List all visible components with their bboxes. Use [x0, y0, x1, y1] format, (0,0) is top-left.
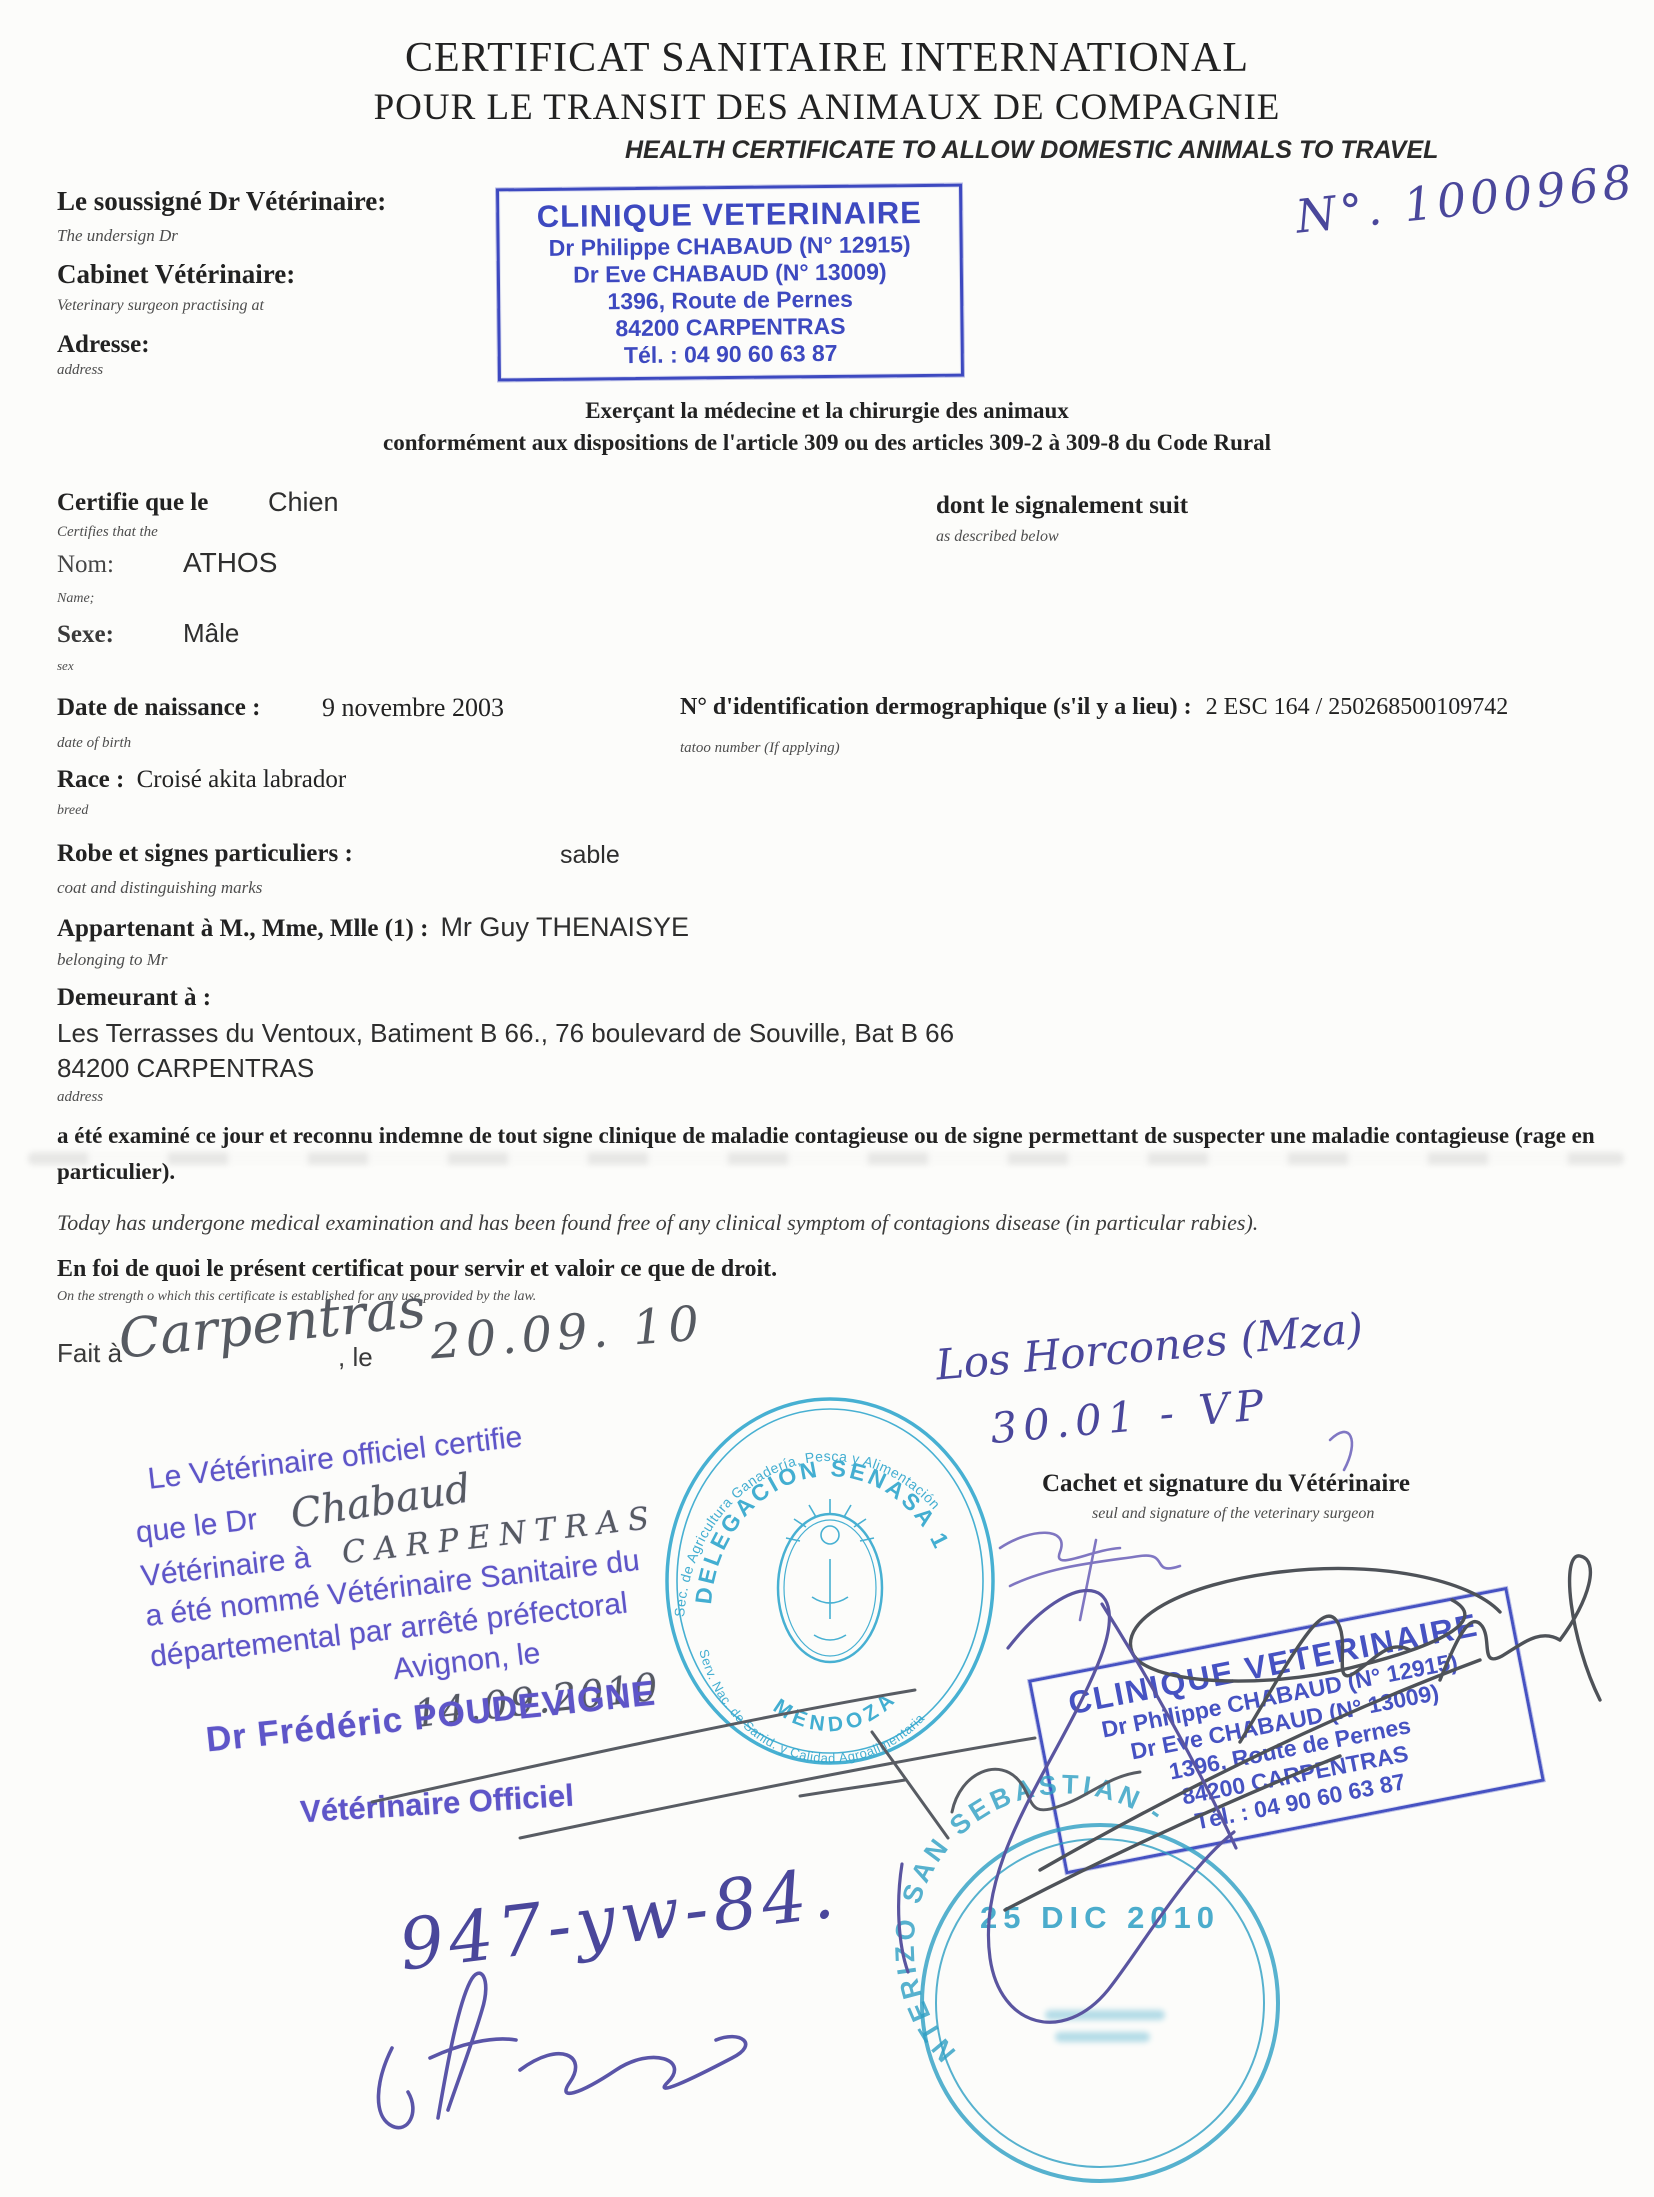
svg-text:MENDOZA: MENDOZA	[769, 1686, 902, 1737]
owner-value: Mr Guy THENAISYE	[440, 912, 689, 942]
label-description-en: as described below	[936, 528, 1059, 546]
label-address-en: address	[57, 362, 103, 379]
label-breed: Race :	[57, 766, 124, 793]
page-subtitle-english: HEALTH CERTIFICATE TO ALLOW DOMESTIC ANI…	[625, 136, 1438, 165]
label-tattoo-id-en: tatoo number (If applying)	[680, 740, 840, 757]
residence-line2: 84200 CARPENTRAS	[57, 1053, 314, 1084]
page-subtitle: POUR LE TRANSIT DES ANIMAUX DE COMPAGNIE	[0, 86, 1654, 129]
official-stamp-line2: que le Dr	[134, 1502, 259, 1549]
practice-statement-2: conformément aux dispositions de l'artic…	[0, 430, 1654, 456]
label-sex: Sexe:	[57, 621, 114, 649]
pen-scribble-annotation	[1000, 1432, 1352, 1620]
official-vet-title-stamp: Vétérinaire Officiel	[299, 1778, 575, 1831]
label-cabinet: Cabinet Vétérinaire:	[57, 259, 295, 290]
destination-note-line1: Los Horcones (Mza)	[934, 1303, 1365, 1389]
label-birthdate-en: date of birth	[57, 735, 131, 752]
name-value: ATHOS	[183, 547, 277, 579]
coat-value: sable	[560, 841, 620, 870]
label-certifies: Certifie que le	[57, 489, 208, 517]
label-undersigned: Le soussigné Dr Vétérinaire:	[57, 186, 386, 217]
label-coat: Robe et signes particuliers :	[57, 840, 353, 868]
destination-note-line2: 30.01 - VP	[988, 1380, 1271, 1453]
label-cabinet-en: Veterinary surgeon practising at	[57, 297, 264, 315]
label-birthdate: Date de naissance :	[57, 694, 260, 722]
senasa-oval-stamp: Sec. de Agricultura Ganadería, Pesca y A…	[652, 1383, 1008, 1779]
label-seal-signature: Cachet et signature du Vétérinaire	[1042, 1470, 1410, 1498]
label-undersigned-en: The undersign Dr	[57, 226, 178, 246]
birthdate-value: 9 novembre 2003	[322, 693, 504, 723]
label-residence-en: address	[57, 1089, 103, 1106]
plate-number-handwritten: 947-yw-84.	[395, 1851, 843, 1986]
clinic-stamp-name: CLINIQUE VETERINAIRE	[503, 195, 955, 235]
label-breed-en: breed	[57, 803, 88, 819]
label-seal-signature-en: seul and signature of the veterinary sur…	[1092, 1505, 1374, 1523]
page-title: CERTIFICAT SANITAIRE INTERNATIONAL	[0, 34, 1654, 82]
label-owner: Appartenant à M., Mme, Mlle (1) :	[57, 915, 428, 942]
residence-line1: Les Terrasses du Ventoux, Batiment B 66.…	[57, 1018, 954, 1049]
sex-value: Mâle	[183, 618, 239, 649]
label-sex-en: sex	[57, 658, 74, 674]
border-stamp-date: 25 DIC 2010	[980, 1900, 1220, 1935]
owner-signature	[378, 1973, 745, 2128]
scan-smear-line	[28, 1152, 1624, 1165]
label-name: Nom:	[57, 551, 114, 579]
breed-value: Croisé akita labrador	[137, 766, 347, 793]
label-owner-en: belonging to Mr	[57, 950, 168, 970]
clinic-stamp-phone: Tél. : 04 90 60 63 87	[505, 339, 957, 371]
label-made-at: Fait à	[57, 1338, 122, 1369]
label-description: dont le signalement suit	[936, 492, 1188, 520]
label-name-en: Name;	[57, 591, 94, 607]
border-control-round-stamp: 25 DIC 2010 NTERIZO SAN SEBASTIAN -	[905, 1810, 1295, 2197]
clinic-stamp-vet1: Dr Philippe CHABAUD (N° 12915)	[503, 230, 955, 262]
label-certifies-en: Certifies that the	[57, 524, 158, 541]
clinic-stamp-top: CLINIQUE VETERINAIRE Dr Philippe CHABAUD…	[496, 184, 964, 382]
tattoo-id-value: 2 ESC 164 / 250268500109742	[1206, 694, 1509, 720]
species-value: Chien	[268, 487, 339, 518]
label-residence: Demeurant à :	[57, 984, 211, 1012]
scanned-health-certificate: CERTIFICAT SANITAIRE INTERNATIONAL POUR …	[0, 0, 1654, 2197]
issue-date-handwritten: 20.09. 10	[428, 1296, 705, 1371]
certificate-number-handwritten: N°. 1000968	[1293, 154, 1638, 243]
senasa-inner-bottom-text: MENDOZA	[769, 1686, 902, 1737]
label-tattoo-id: N° d'identification dermographique (s'il…	[680, 694, 1192, 720]
label-le: , le	[338, 1342, 373, 1373]
practice-statement-1: Exerçant la médecine et la chirurgie des…	[0, 398, 1654, 424]
label-coat-en: coat and distinguishing marks	[57, 878, 262, 898]
examination-statement-en: Today has undergone medical examination …	[57, 1210, 1377, 1236]
label-address: Adresse:	[57, 331, 150, 359]
